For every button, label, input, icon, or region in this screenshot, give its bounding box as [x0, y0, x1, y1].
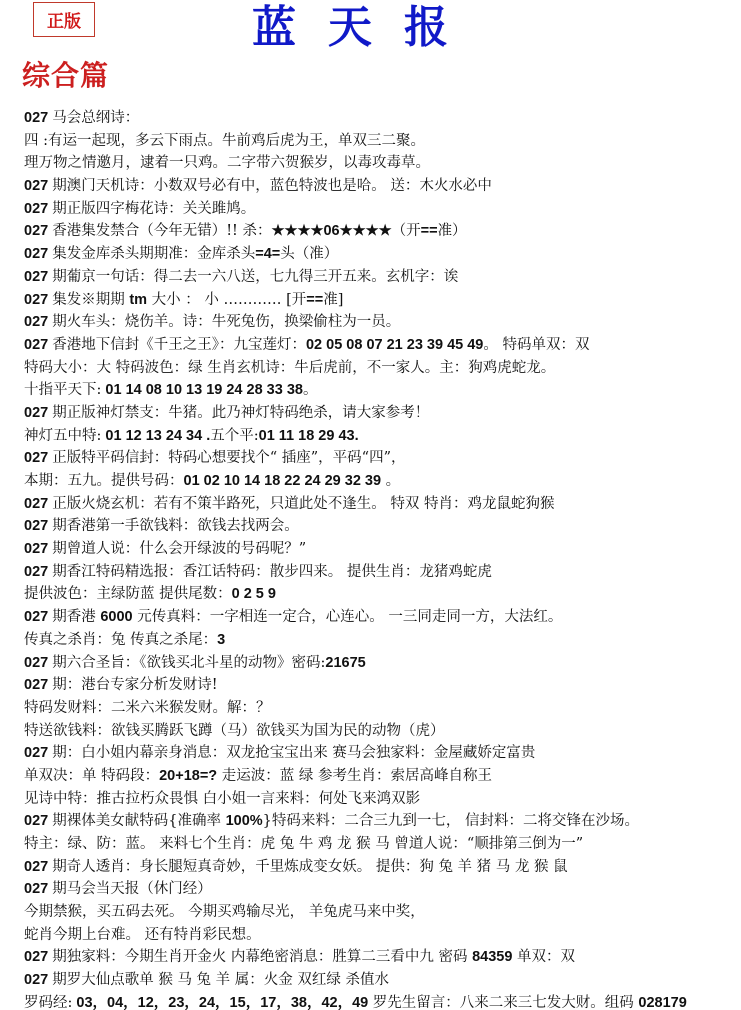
text-line: 提供波色：主绿防蓝 提供尾数：0 2 5 9 [24, 583, 736, 606]
text-line: 027 期香港 6000 元传真料：一字相连一定合，心连心。 一三同走同一方，大… [24, 606, 736, 629]
line-text: 期：港台专家分析发财诗! [52, 677, 217, 693]
line-text: 特码发财料：二米六米猴发财。解：？ [24, 700, 271, 716]
bold-number: 027 [24, 541, 52, 557]
text-line: 四 :有运一起现，多云下雨点。牛前鸡后虎为王，单双三二聚。 [24, 130, 736, 153]
line-text: 。 [303, 382, 318, 398]
line-text: 马会总纲诗： [52, 110, 139, 126]
text-line: 027 香港集发禁合（今年无错）!! 杀：★★★★06★★★★（开==准） [24, 220, 736, 243]
bold-number: 027 [24, 337, 52, 353]
line-text: 特送欲钱料：欲钱买腾跃飞蹲（马）欲钱买为国为民的动物（虎） [24, 723, 445, 739]
text-line: 罗码经: 03，04，12，23，24，15，17，38，42，49 罗先生留言… [24, 992, 736, 1010]
bold-number: 21675 [325, 655, 365, 671]
line-text: 提供波色：主绿防蓝 提供尾数： [24, 586, 232, 602]
text-line: 单双决：单 特码段：20+18=? 走运波：蓝 绿 参考生肖：索居高峰自称王 [24, 765, 736, 788]
line-text: 特码大小：大 特码波色：绿 生肖玄机诗：牛后虎前，不一家人。主：狗鸡虎蛇龙。 [24, 360, 555, 376]
page-title: 蓝 天 报 [252, 2, 448, 54]
bold-number: 027 [24, 972, 52, 988]
line-text: 正版特平码信封：特码心想要找个“ 插座”，平码“四”， [52, 450, 405, 466]
line-text: 蛇肖今期上台难。 还有特肖彩民想。 [24, 927, 261, 943]
bold-number: 027 [24, 609, 52, 625]
line-text: 期裸体美女献特码{准确率 [52, 813, 225, 829]
bold-number: 027 [24, 178, 52, 194]
line-text: 集发※期期 [52, 292, 129, 308]
bold-number: 027 [24, 314, 52, 330]
bold-number: 027 [24, 949, 52, 965]
text-line: 027 期葡京一句话：得二去一六八送，七九得三开五来。玄机字：诶 [24, 266, 736, 289]
bold-number: ★★★★06★★★★ [272, 223, 392, 239]
bold-number: 028179 [638, 995, 686, 1010]
line-text: 正版火烧玄机：若有不策半路死，只道此处不逢生。 特双 特肖：鸡龙鼠蛇狗猴 [52, 496, 554, 512]
bold-number: 027 [24, 859, 52, 875]
bold-number: 3 [217, 632, 225, 648]
text-line: 027 香港地下信封《千王之王》：九宝莲灯：02 05 08 07 21 23 … [24, 334, 736, 357]
line-text: 元传真料：一字相连一定合，心连心。 一三同走同一方，大法红。 [133, 609, 563, 625]
line-text: 期正版四字梅花诗：关关雎鸠。 [52, 201, 255, 217]
bold-number: 01 02 10 14 18 22 24 29 32 39 [184, 473, 382, 489]
text-line: 特码大小：大 特码波色：绿 生肖玄机诗：牛后虎前，不一家人。主：狗鸡虎蛇龙。 [24, 357, 736, 380]
bold-number: 027 [24, 201, 52, 217]
bold-number: 027 [24, 292, 52, 308]
text-line: 027 期香港第一手欲钱料：欲钱去找两会。 [24, 515, 736, 538]
bold-number: 027 [24, 223, 52, 239]
official-edition-badge: 正版 [33, 2, 95, 37]
bold-number: 027 [24, 496, 52, 512]
text-line: 传真之杀肖：兔 传真之杀尾：3 [24, 629, 736, 652]
bold-number: 027 [24, 745, 52, 761]
bold-number: 01 11 18 29 43. [259, 428, 359, 444]
line-text: 期：白小姐内幕亲身消息：双龙抢宝宝出来 赛马会独家料：金屋藏娇定富贵 [52, 745, 535, 761]
line-text: 香港集发禁合（今年无错）!! 杀： [52, 223, 271, 239]
line-text: 期澳门天机诗：小数双号必有中，蓝色特波也是哈。 送：木火水必中 [52, 178, 492, 194]
text-line: 特码发财料：二米六米猴发财。解：？ [24, 697, 736, 720]
bold-number: 0 2 5 9 [232, 586, 276, 602]
line-text: 期罗大仙点歌单 猴 马 兔 羊 属：火金 双红绿 杀值水 [52, 972, 389, 988]
text-line: 027 期马会当天报（休门经） [24, 878, 736, 901]
bold-number: 100% [226, 813, 263, 829]
line-text: 单双：双 [512, 949, 575, 965]
line-text: 香港地下信封《千王之王》：九宝莲灯： [52, 337, 306, 353]
text-line: 十指平天下: 01 14 08 10 13 19 24 28 33 38。 [24, 379, 736, 402]
text-line: 027 集发金库杀头期期准：金库杀头=4=头（准） [24, 243, 736, 266]
text-line: 027 集发※期期 tm 大小 ： 小 ………… [开==准] [24, 289, 736, 312]
line-text: 期葡京一句话：得二去一六八送，七九得三开五来。玄机字：诶 [52, 269, 458, 285]
text-line: 蛇肖今期上台难。 还有特肖彩民想。 [24, 924, 736, 947]
text-line: 本期：五九。提供号码：01 02 10 14 18 22 24 29 32 39… [24, 470, 736, 493]
bold-number: 03，04，12，23，24，15，17，38，42，49 [72, 995, 368, 1010]
text-line: 027 期裸体美女献特码{准确率 100%}特码来料：二合三九到一七， 信封料：… [24, 810, 736, 833]
text-line: 027 期正版四字梅花诗：关关雎鸠。 [24, 198, 736, 221]
text-line: 027 期曾道人说：什么会开绿波的号码呢？” [24, 538, 736, 561]
line-text: 期曾道人说：什么会开绿波的号码呢？” [52, 541, 306, 557]
line-text: }特码来料：二合三九到一七， 信封料：二将交锋在沙场。 [263, 813, 639, 829]
title-char-3: 报 [404, 2, 448, 54]
bold-number: =4= [255, 246, 280, 262]
text-line: 027 期：港台专家分析发财诗! [24, 674, 736, 697]
title-char-2: 天 [328, 2, 372, 54]
line-text: 准] [323, 292, 343, 308]
line-text: 期独家料：今期生肖开金火 内幕绝密消息：胜算二三看中九 密码 [52, 949, 472, 965]
line-text: 期正版神灯禁支：牛猪。此乃神灯特码绝杀，请大家参考！ [52, 405, 429, 421]
line-text: 期香江特码精选报：香江话特码：散步四来。 提供生肖：龙猪鸡蛇虎 [52, 564, 492, 580]
line-text: 期奇人透肖：身长腿短真奇妙，千里炼成变女妖。 提供：狗 兔 羊 猪 马 龙 猴 … [52, 859, 567, 875]
section-heading: 综合篇 [22, 58, 109, 94]
bold-number: 01 14 08 10 13 19 24 28 33 38 [101, 382, 303, 398]
bold-number: 027 [24, 450, 52, 466]
line-text: 大小 ： 小 ………… [开 [147, 292, 306, 308]
line-text: 神灯五中特: [24, 428, 101, 444]
line-text: 罗码经: [24, 995, 72, 1010]
line-text: 集发金库杀头期期准：金库杀头 [52, 246, 255, 262]
line-text: 准） [438, 223, 467, 239]
bold-number: 027 [24, 564, 52, 580]
text-line: 特主：绿、防：蓝。 来料七个生肖：虎 兔 牛 鸡 龙 猴 马 曾道人说：“顺排第… [24, 833, 736, 856]
text-line: 神灯五中特: 01 12 13 24 34 .五个平:01 11 18 29 4… [24, 425, 736, 448]
title-char-1: 蓝 [252, 2, 296, 54]
bold-number: 01 12 13 24 34 . [101, 428, 210, 444]
line-text: 五个平: [210, 428, 258, 444]
text-line: 027 正版特平码信封：特码心想要找个“ 插座”，平码“四”， [24, 447, 736, 470]
line-text: 期香港 [52, 609, 100, 625]
bold-number: 027 [24, 405, 52, 421]
line-text: 见诗中特：推古拉朽众畏惧 白小姐一言来料：何处飞来鸿双影 [24, 791, 420, 807]
line-text: 期火车头：烧伤羊。诗：牛死兔伤，换梁偷柱为一员。 [52, 314, 400, 330]
article-body: 027 马会总纲诗：四 :有运一起现，多云下雨点。牛前鸡后虎为王，单双三二聚。理… [24, 107, 736, 1010]
bold-number: 027 [24, 269, 52, 285]
line-text: 单双决：单 特码段： [24, 768, 159, 784]
bold-number: 027 [24, 881, 52, 897]
line-text: 罗先生留言：八来二来三七发大财。组码 [368, 995, 638, 1010]
text-line: 027 期奇人透肖：身长腿短真奇妙，千里炼成变女妖。 提供：狗 兔 羊 猪 马 … [24, 856, 736, 879]
bold-number: 027 [24, 813, 52, 829]
line-text: 期马会当天报（休门经） [52, 881, 212, 897]
bold-number: 027 [24, 518, 52, 534]
bold-number: 02 05 08 07 21 23 39 45 49 [306, 337, 483, 353]
text-line: 027 正版火烧玄机：若有不策半路死，只道此处不逢生。 特双 特肖：鸡龙鼠蛇狗猴 [24, 493, 736, 516]
line-text: 传真之杀肖：兔 传真之杀尾： [24, 632, 217, 648]
bold-number: 027 [24, 655, 52, 671]
text-line: 027 期火车头：烧伤羊。诗：牛死兔伤，换梁偷柱为一员。 [24, 311, 736, 334]
line-text: 今期禁猴，买五码去死。 今期买鸡输尽光， 羊兔虎马来中奖， [24, 904, 425, 920]
bold-number: 027 [24, 110, 52, 126]
line-text: 十指平天下: [24, 382, 101, 398]
text-line: 027 期香江特码精选报：香江话特码：散步四来。 提供生肖：龙猪鸡蛇虎 [24, 561, 736, 584]
line-text: 四 :有运一起现，多云下雨点。牛前鸡后虎为王，单双三二聚。 [24, 133, 425, 149]
line-text: 。 [381, 473, 400, 489]
bold-number: tm [129, 292, 147, 308]
bold-number: 20+18=? [159, 768, 217, 784]
text-line: 027 期澳门天机诗：小数双号必有中，蓝色特波也是哈。 送：木火水必中 [24, 175, 736, 198]
text-line: 理万物之情邀月，逮着一只鸡。二字带六贺猴岁，以毒攻毒草。 [24, 152, 736, 175]
text-line: 027 期罗大仙点歌单 猴 马 兔 羊 属：火金 双红绿 杀值水 [24, 969, 736, 992]
text-line: 特送欲钱料：欲钱买腾跃飞蹲（马）欲钱买为国为民的动物（虎） [24, 720, 736, 743]
text-line: 027 马会总纲诗： [24, 107, 736, 130]
line-text: 本期：五九。提供号码： [24, 473, 184, 489]
bold-number: == [306, 292, 323, 308]
text-line: 见诗中特：推古拉朽众畏惧 白小姐一言来料：何处飞来鸿双影 [24, 788, 736, 811]
line-text: 期香港第一手欲钱料：欲钱去找两会。 [52, 518, 299, 534]
line-text: （开 [392, 223, 421, 239]
text-line: 027 期：白小姐内幕亲身消息：双龙抢宝宝出来 赛马会独家料：金屋藏娇定富贵 [24, 742, 736, 765]
bold-number: == [421, 223, 438, 239]
bold-number: 6000 [100, 609, 132, 625]
line-text: 理万物之情邀月，逮着一只鸡。二字带六贺猴岁，以毒攻毒草。 [24, 155, 430, 171]
text-line: 今期禁猴，买五码去死。 今期买鸡输尽光， 羊兔虎马来中奖， [24, 901, 736, 924]
text-line: 027 期正版神灯禁支：牛猪。此乃神灯特码绝杀，请大家参考！ [24, 402, 736, 425]
line-text: 。 特码单双：双 [483, 337, 589, 353]
bold-number: 84359 [472, 949, 512, 965]
bold-number: 027 [24, 246, 52, 262]
line-text: 走运波：蓝 绿 参考生肖：索居高峰自称王 [217, 768, 492, 784]
line-text: 期六合圣旨：《欲钱买北斗星的动物》密码: [52, 655, 325, 671]
line-text: 头（准） [280, 246, 338, 262]
bold-number: 027 [24, 677, 52, 693]
line-text: 特主：绿、防：蓝。 来料七个生肖：虎 兔 牛 鸡 龙 猴 马 曾道人说：“顺排第… [24, 836, 583, 852]
text-line: 027 期六合圣旨：《欲钱买北斗星的动物》密码:21675 [24, 652, 736, 675]
text-line: 027 期独家料：今期生肖开金火 内幕绝密消息：胜算二三看中九 密码 84359… [24, 946, 736, 969]
